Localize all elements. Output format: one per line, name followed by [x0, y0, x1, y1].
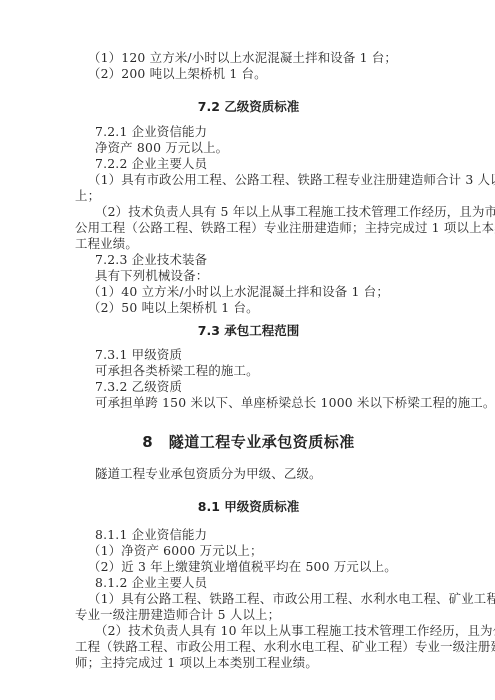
subsection-7-2-3: 7.2.3 企业技术装备 [95, 252, 207, 268]
paragraph: 师；主持完成过 1 项以上本类别工程业绩。 [75, 655, 318, 671]
section-heading-7-2: 7.2 乙级资质标准 [75, 97, 422, 115]
equipment-item-1: （1）120 立方米/小时以上水泥混凝土拌和设备 1 台； [88, 50, 397, 66]
equipment-item-1: （1）40 立方米/小时以上水泥混凝土拌和设备 1 台； [88, 284, 389, 300]
paragraph: 公用工程（公路工程、铁路工程）专业注册建造师；主持完成过 1 项以上本类别 [75, 220, 495, 236]
paragraph: 上； [75, 188, 100, 204]
subsection-7-2-1: 7.2.1 企业资信能力 [95, 124, 207, 140]
section-heading-8-1: 8.1 甲级资质标准 [75, 497, 422, 515]
paragraph: （2）技术负责人具有 5 年以上从事工程施工技术管理工作经历，且为市政 [95, 204, 495, 220]
paragraph: 具有下列机械设备： [95, 268, 208, 284]
paragraph: （1）净资产 6000 万元以上； [88, 543, 263, 559]
paragraph: （2）近 3 年上缴建筑业增值税平均在 500 万元以上。 [88, 559, 397, 575]
subsection-7-3-2: 7.3.2 乙级资质 [95, 379, 182, 395]
subsection-7-2-2: 7.2.2 企业主要人员 [95, 156, 207, 172]
paragraph: （1）具有市政公用工程、公路工程、铁路工程专业注册建造师合计 3 人以 [88, 172, 495, 188]
equipment-item-2: （2）200 吨以上架桥机 1 台。 [88, 66, 267, 82]
section-heading-7-3: 7.3 承包工程范围 [75, 321, 422, 339]
chapter-heading-8: 8 隧道工程专业承包资质标准 [75, 431, 422, 452]
paragraph: （1）具有公路工程、铁路工程、市政公用工程、水利水电工程、矿业工程 [88, 591, 495, 607]
paragraph: 可承担各类桥梁工程的施工。 [95, 363, 259, 379]
paragraph: 专业一级注册建造师合计 5 人以上； [75, 607, 280, 623]
subsection-7-3-1: 7.3.1 甲级资质 [95, 347, 182, 363]
paragraph: 净资产 800 万元以上。 [95, 140, 228, 156]
paragraph: （2）技术负责人具有 10 年以上从事工程施工技术管理工作经历，且为公路 [95, 623, 495, 639]
equipment-item-2: （2）50 吨以上架桥机 1 台。 [88, 300, 259, 316]
paragraph: 工程（铁路工程、市政公用工程、水利水电工程、矿业工程）专业一级注册建造 [75, 639, 495, 655]
paragraph: 工程业绩。 [75, 236, 138, 252]
subsection-8-1-2: 8.1.2 企业主要人员 [95, 575, 207, 591]
subsection-8-1-1: 8.1.1 企业资信能力 [95, 527, 207, 543]
chapter-intro: 隧道工程专业承包资质分为甲级、乙级。 [95, 466, 322, 482]
paragraph: 可承担单跨 150 米以下、单座桥梁总长 1000 米以下桥梁工程的施工。 [95, 395, 495, 411]
